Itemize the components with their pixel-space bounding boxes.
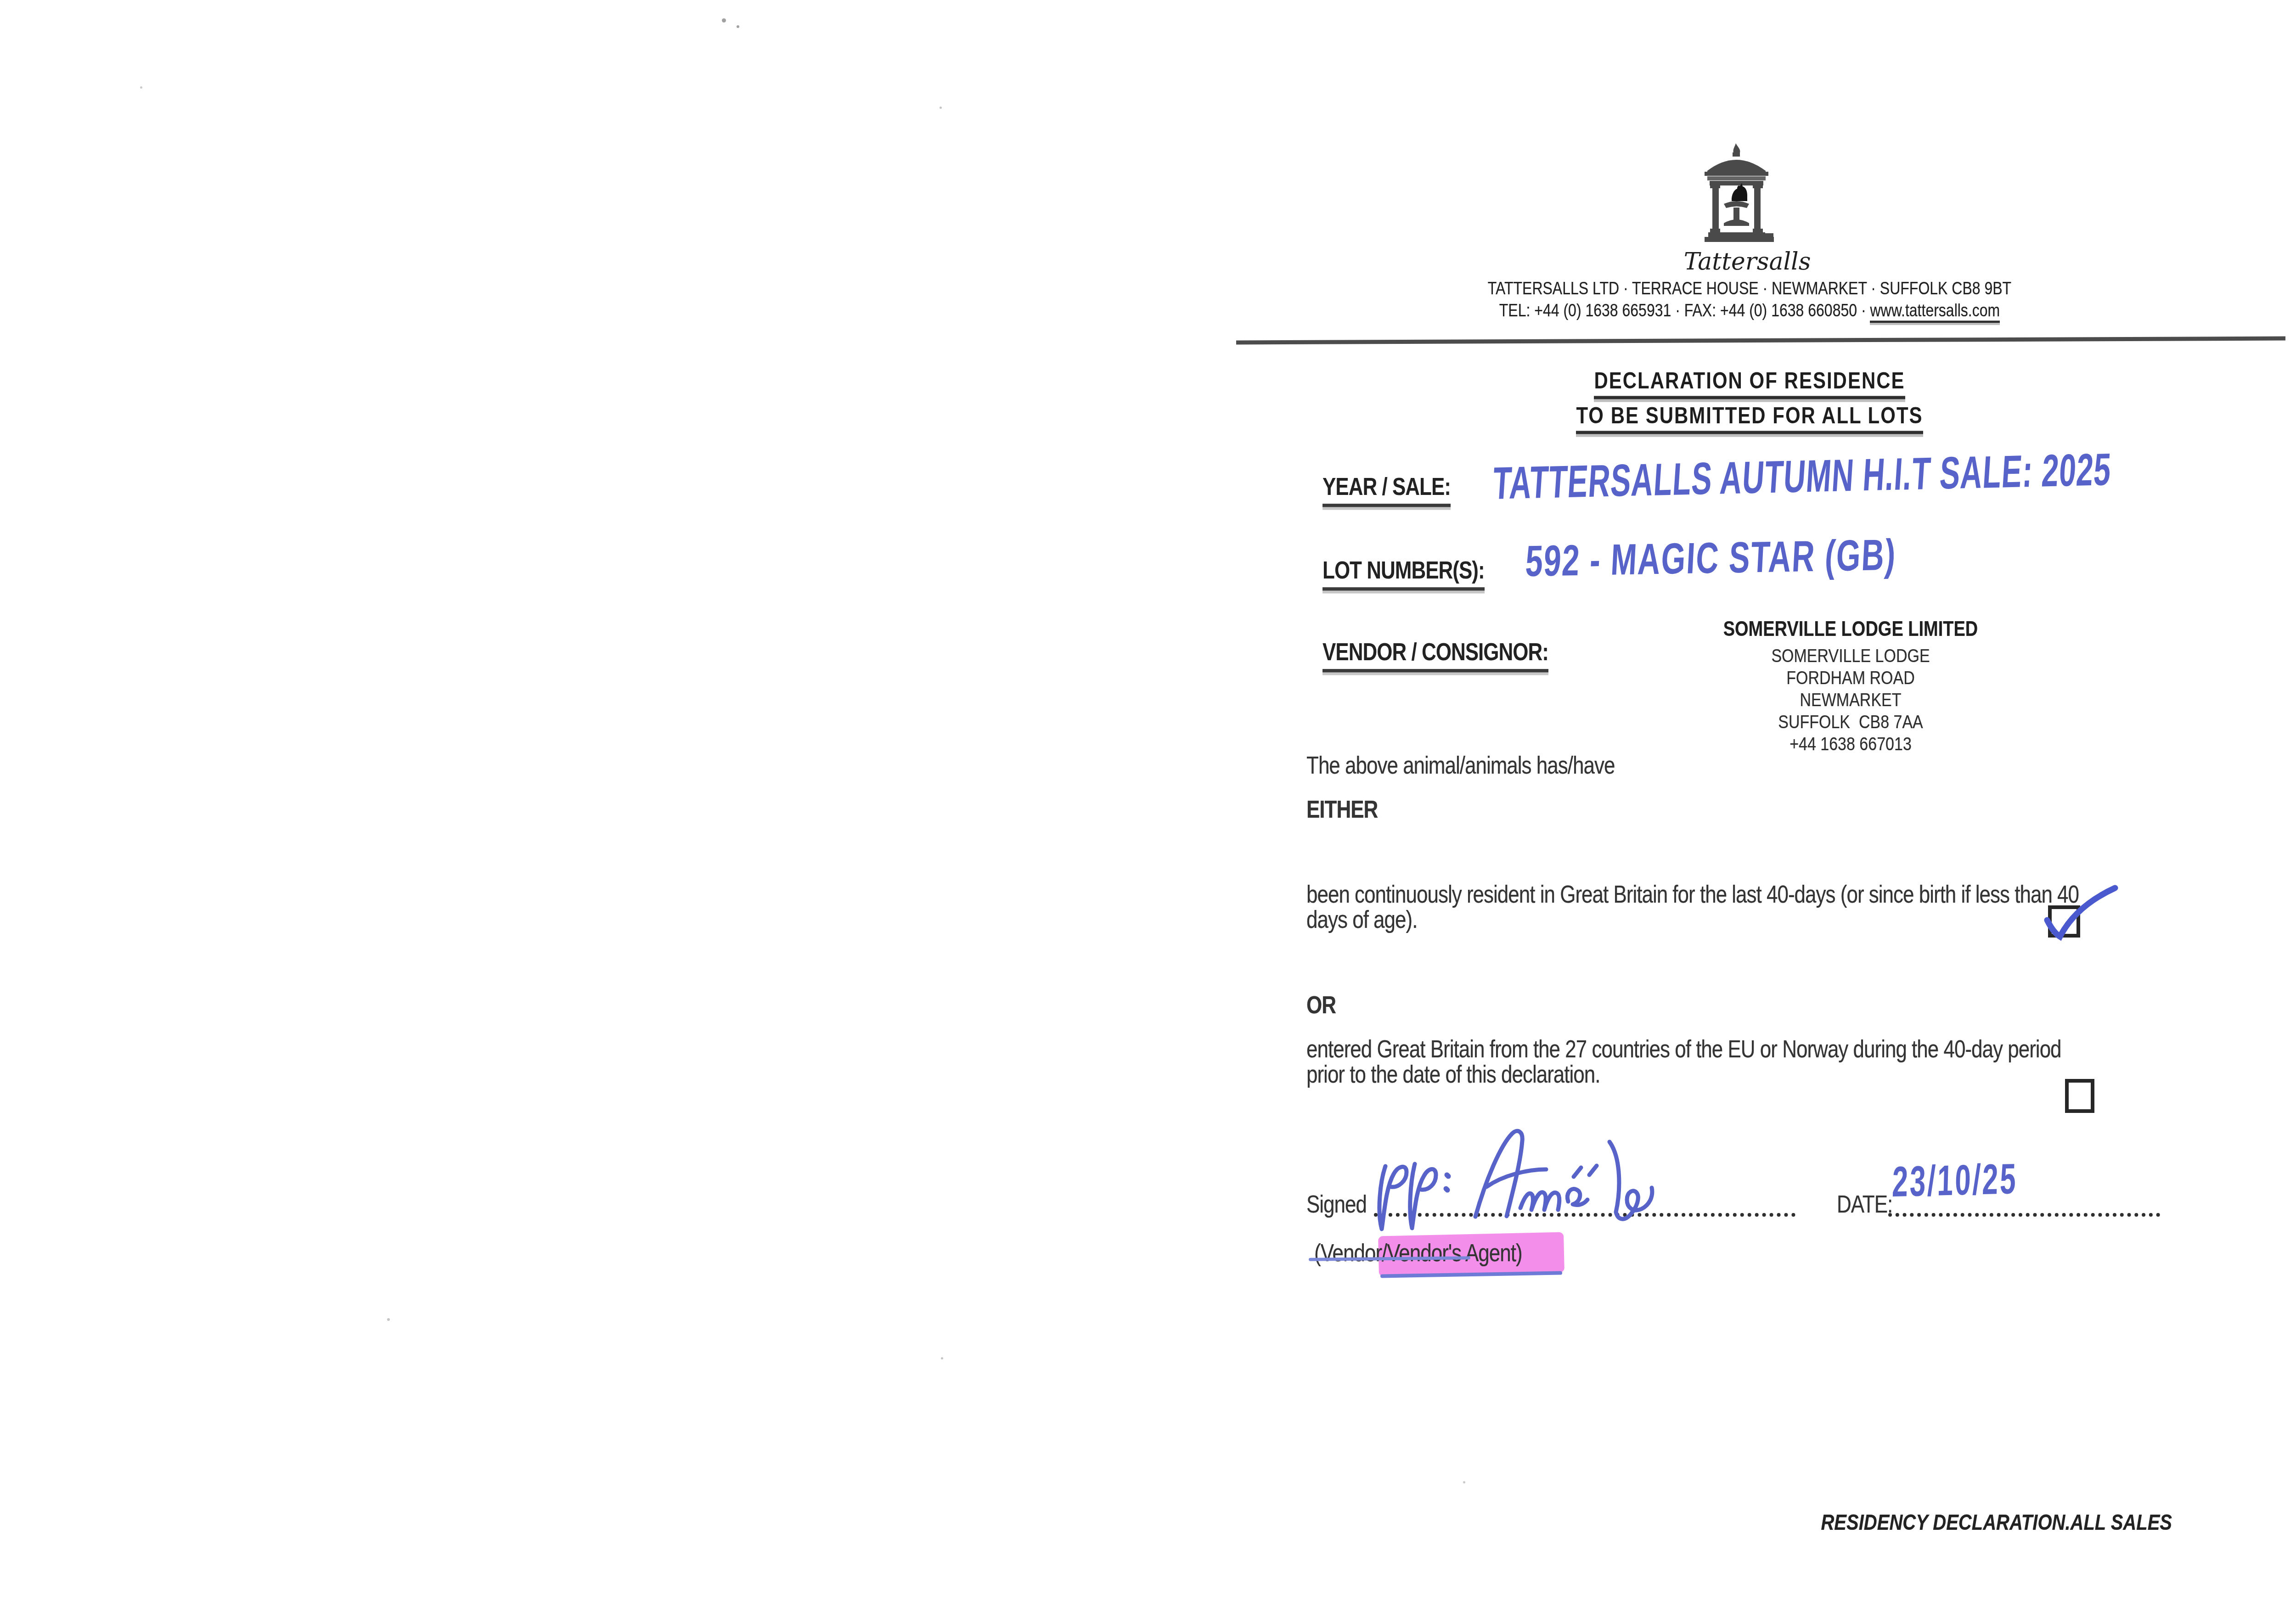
scan-speck (940, 107, 942, 109)
tattersalls-monument-icon (1698, 142, 1775, 247)
date-handwriting: 23/10/25 (1891, 1155, 2018, 1207)
letterhead-contact: TEL: +44 (0) 1638 665931 · FAX: +44 (0) … (1327, 300, 2172, 317)
or-label: OR (1306, 993, 1336, 1013)
website-link[interactable]: www.tattersalls.com (1870, 300, 2000, 323)
document-page: Tattersalls TATTERSALLS LTD · TERRACE HO… (0, 0, 2296, 1623)
date-label: DATE: (1837, 1192, 1892, 1213)
either-tick (2033, 882, 2125, 951)
scan-speck (140, 86, 142, 89)
signed-label: Signed (1306, 1192, 1367, 1213)
intro-text: The above animal/animals has/have (1306, 753, 1615, 774)
tel-fax-text: TEL: +44 (0) 1638 665931 · FAX: +44 (0) … (1499, 300, 1870, 320)
year-sale-label: YEAR / SALE: (1322, 473, 1451, 501)
vendor-address-line: NEWMARKET (1529, 689, 2172, 711)
vendor-address-line: FORDHAM ROAD (1529, 667, 2172, 689)
title-line-2: TO BE SUBMITTED FOR ALL LOTS (1576, 402, 1923, 434)
scan-speck (387, 1318, 390, 1321)
lot-number-label: LOT NUMBER(S): (1322, 556, 1485, 584)
vendor-address-block: SOMERVILLE LODGE LIMITED SOMERVILLE LODG… (1529, 618, 2172, 755)
brand-wordmark: Tattersalls (1646, 248, 1848, 275)
scan-speck (722, 18, 726, 22)
vendor-name: SOMERVILLE LODGE LIMITED (1529, 618, 2172, 640)
vendor-struck-text: (Vendor (1314, 1240, 1382, 1267)
header-rule (1236, 337, 2285, 345)
year-sale-handwriting: TATTERSALLS AUTUMN H.I.T SALE: 2025 (1491, 443, 2113, 509)
footer-doc-ref: RESIDENCY DECLARATION.ALL SALES (1768, 1511, 2172, 1531)
or-checkbox[interactable] (2065, 1079, 2094, 1113)
vendor-address-line: SUFFOLK CB8 7AA (1529, 711, 2172, 733)
vendor-phone: +44 1638 667013 (1529, 733, 2172, 755)
title-line-1: DECLARATION OF RESIDENCE (1594, 367, 1905, 399)
scan-speck (1463, 1481, 1465, 1483)
letterhead-address: TATTERSALLS LTD · TERRACE HOUSE · NEWMAR… (1327, 278, 2172, 295)
lot-number-handwriting: 592 - MAGIC STAR (GB) (1524, 530, 1897, 586)
date-line[interactable] (1888, 1213, 2160, 1217)
scan-speck (941, 1357, 943, 1359)
vendor-agent-text: /Vendor's Agent) (1382, 1240, 1522, 1267)
either-label: EITHER (1306, 797, 1378, 818)
handwritten-signature (1366, 1118, 1678, 1242)
document-title: DECLARATION OF RESIDENCE TO BE SUBMITTED… (1355, 367, 2144, 429)
vendor-consignor-label: VENDOR / CONSIGNOR: (1322, 638, 1548, 666)
scan-speck (737, 25, 739, 28)
vendor-address-line: SOMERVILLE LODGE (1529, 645, 2172, 667)
